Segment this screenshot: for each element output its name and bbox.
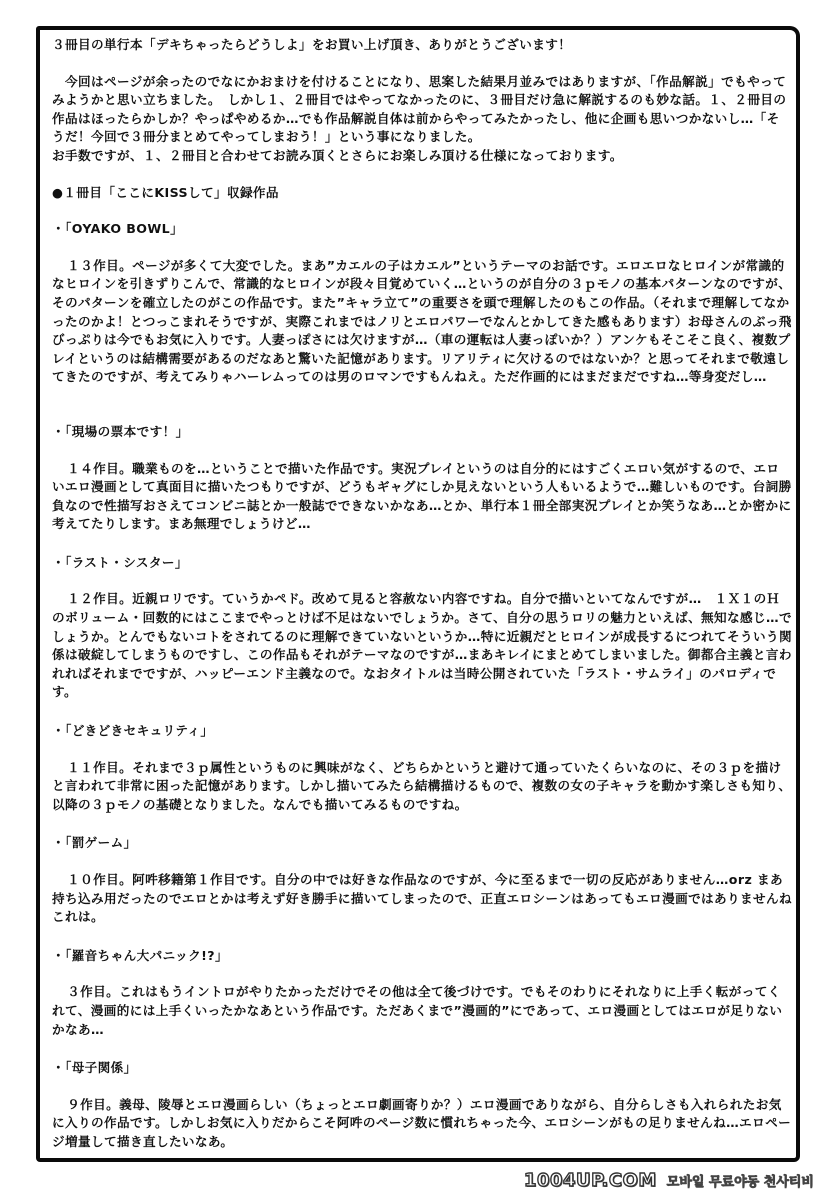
work-entry: ・「母子関係」 ９作目。義母、陵辱とエロ漫画らしい（ちょっとエロ劇画寄りか？）エ… xyxy=(52,1059,792,1151)
work-title: ・「どきどきセキュリティ」 xyxy=(52,722,792,741)
work-description: １０作目。阿吽移籍第１作目です。自分の中では好きな作品なのですが、今に至るまで一… xyxy=(52,871,792,927)
afterword-document: ３冊目の単行本「デキちゃったらどうしよ」をお買い上げ頂き、ありがとうございます！… xyxy=(52,36,792,1152)
work-entry: ・「ラスト・シスター」 １２作目。近親ロリです。ていうかペド。改めて見ると容赦な… xyxy=(52,554,792,702)
preface-note: お手数ですが、１、２冊目と合わせてお読み頂くとさらにお楽しみ頂ける仕様になってお… xyxy=(52,147,792,166)
work-title: ・「母子関係」 xyxy=(52,1059,792,1078)
work-description: １３作目。ページが多くて大変でした。まあ”カエルの子はカエル”というテーマのお話… xyxy=(52,257,792,387)
watermark-logo: 1004UP.COM xyxy=(524,1170,657,1191)
work-title: ・「ラスト・シスター」 xyxy=(52,554,792,573)
work-entry: ・「どきどきセキュリティ」 １１作目。それまで３ｐ属性というものに興味がなく、ど… xyxy=(52,722,792,814)
section-heading: ●１冊目「ここにKISSして」収録作品 xyxy=(52,184,792,203)
work-entry: ・「現場の票本です！」 １４作目。職業ものを…ということで描いた作品です。実況プ… xyxy=(52,423,792,534)
work-entry: ・「羅音ちゃん大パニック!?」 ３作目。これはもうイントロがやりたかっただけでそ… xyxy=(52,947,792,1039)
watermark: 1004UP.COM 모바일 무료야동 천사티비 xyxy=(524,1169,814,1191)
work-title: ・「現場の票本です！」 xyxy=(52,423,792,442)
work-title: ・「罰ゲーム」 xyxy=(52,834,792,853)
intro-line: ３冊目の単行本「デキちゃったらどうしよ」をお買い上げ頂き、ありがとうございます！ xyxy=(52,36,792,55)
watermark-tagline: 모바일 무료야동 천사티비 xyxy=(667,1171,814,1190)
work-title: ・「羅音ちゃん大パニック!?」 xyxy=(52,947,792,966)
work-description: １１作目。それまで３ｐ属性というものに興味がなく、どちらかというと避けて通ってい… xyxy=(52,759,792,815)
work-description: １４作目。職業ものを…ということで描いた作品です。実況プレイというのは自分的には… xyxy=(52,460,792,534)
work-entry: ・「罰ゲーム」 １０作目。阿吽移籍第１作目です。自分の中では好きな作品なのですが… xyxy=(52,834,792,926)
work-title: ・「OYAKO BOWL」 xyxy=(52,220,792,239)
work-entry: ・「OYAKO BOWL」 １３作目。ページが多くて大変でした。まあ”カエルの子… xyxy=(52,220,792,387)
work-description: １２作目。近親ロリです。ていうかペド。改めて見ると容赦ない内容ですね。自分で描い… xyxy=(52,590,792,702)
work-description: ９作目。義母、陵辱とエロ漫画らしい（ちょっとエロ劇画寄りか？）エロ漫画でありなが… xyxy=(52,1096,792,1152)
work-description: ３作目。これはもうイントロがやりたかっただけでその他は全て後づけです。でもそのわ… xyxy=(52,983,792,1039)
preface-paragraph: 今回はページが余ったのでなにかおまけを付けることになり、思案した結果月並みではあ… xyxy=(52,73,792,147)
